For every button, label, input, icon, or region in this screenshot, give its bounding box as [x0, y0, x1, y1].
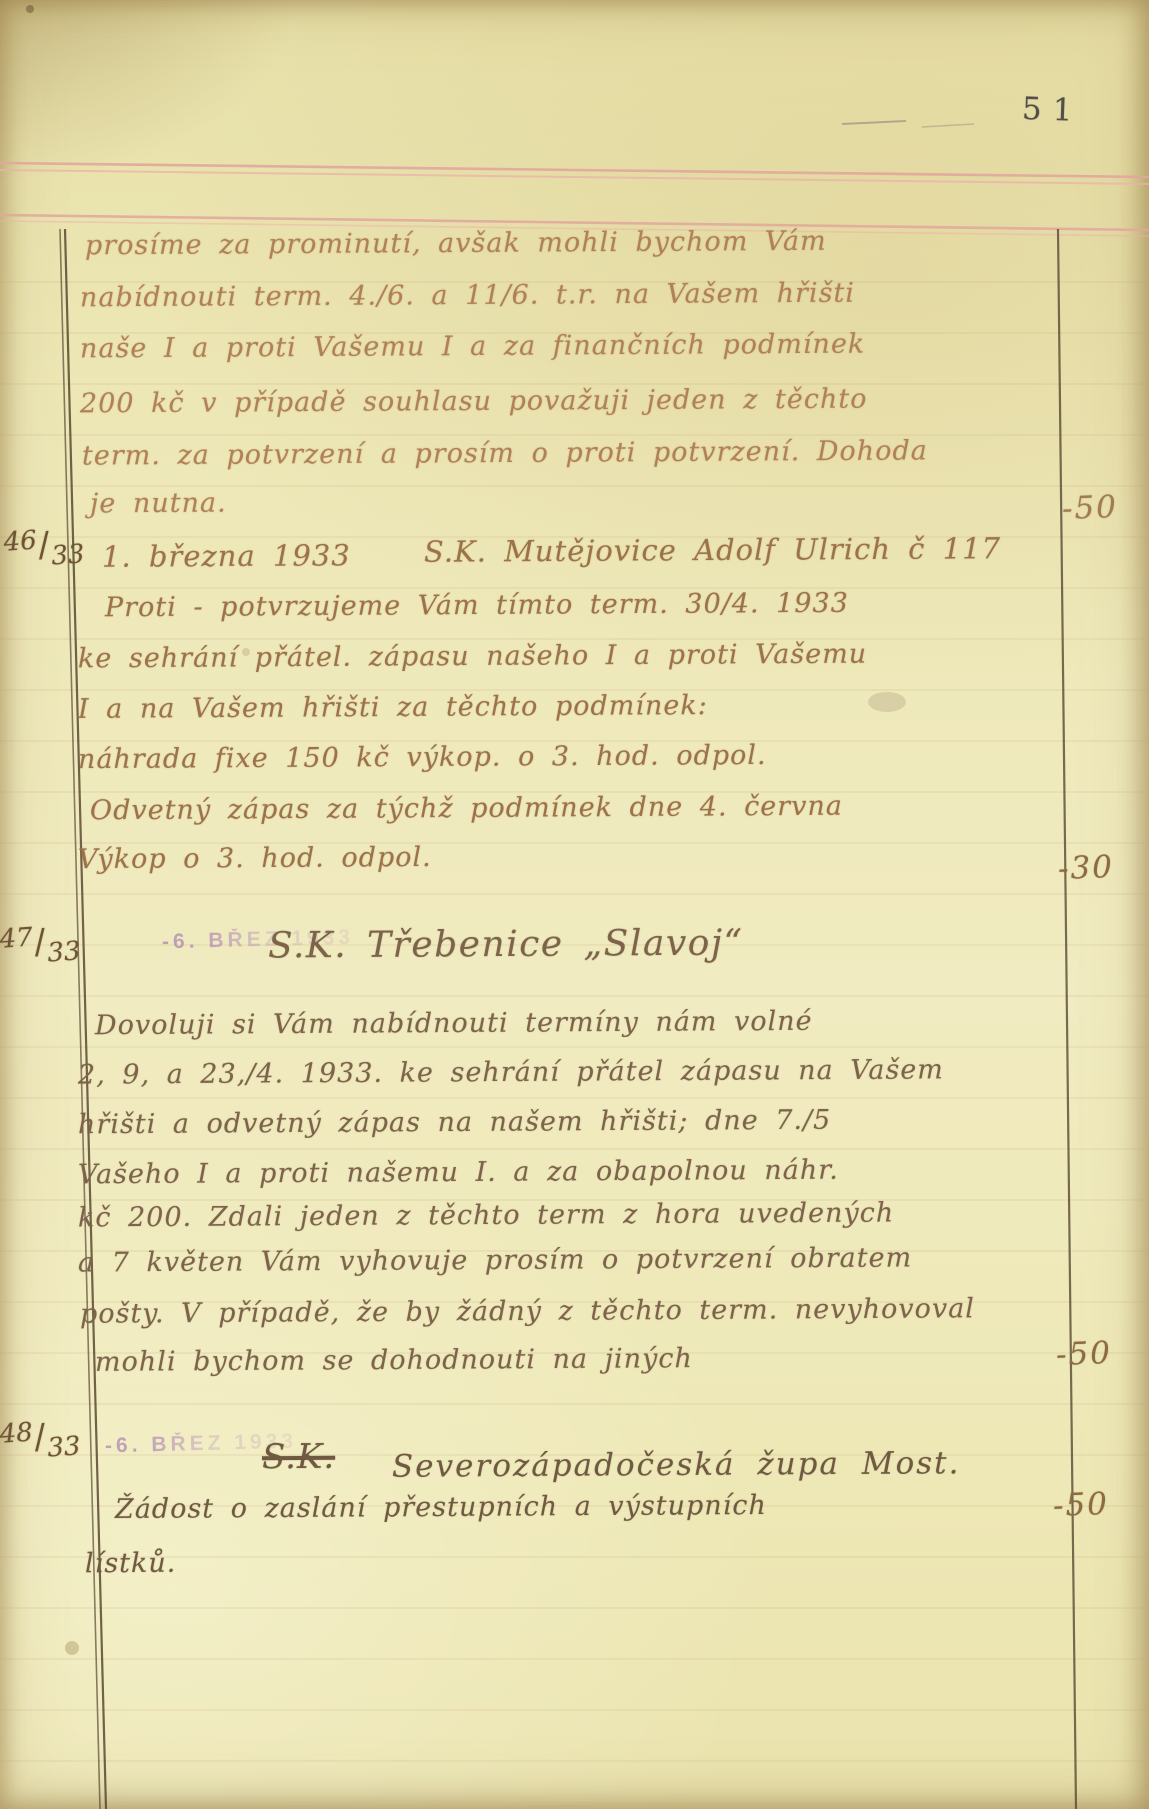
entry-number-slash: / [33, 1417, 47, 1458]
handwritten-line: Vašeho I a proti našemu I. a za obapolno… [78, 1155, 839, 1191]
handwritten-line: 200 kč v případě souhlasu považuji jeden… [80, 384, 868, 420]
ruled-lines-overlay [0, 0, 1149, 1809]
entry-number-bottom: 33 [46, 936, 81, 968]
fee-amount: -30 [1057, 849, 1114, 887]
handwritten-line: Výkop o 3. hod. odpol. [78, 842, 432, 875]
handwritten-line: naše I a proti Vašemu I a za finančních … [80, 329, 865, 365]
handwritten-line: Proti - potvrzujeme Vám tímto term. 30/4… [105, 588, 849, 624]
entry-title-struck: S.K. [262, 1438, 335, 1478]
handwritten-line: Žádost o zaslání přestupních a výstupníc… [115, 1490, 767, 1525]
handwritten-line: 2, 9, a 23,/4. 1933. ke sehrání přátel z… [78, 1054, 944, 1090]
entry-title: S.K. Mutějovice Adolf Ulrich č 117 [424, 532, 1001, 569]
ledger-page: 51 prosíme za prominutí, avšak mohli byc… [0, 0, 1149, 1809]
handwritten-line: prosíme za prominutí, avšak mohli bychom… [85, 226, 827, 262]
entry-number-slash: / [37, 525, 51, 566]
fee-amount: -50 [1052, 1486, 1109, 1524]
entry-number-top: 48 [0, 1418, 34, 1450]
handwritten-line: a 7 květen Vám vyhovuje prosím o potvrze… [78, 1242, 912, 1278]
handwritten-line: je nutna. [90, 488, 227, 520]
entry-number-slash: / [33, 922, 47, 963]
handwritten-line: nabídnouti term. 4./6. a 11/6. t.r. na V… [80, 278, 855, 314]
entry-number-bottom: 33 [50, 539, 85, 571]
handwritten-line: lístků. [85, 1548, 177, 1580]
page-number: 51 [1021, 91, 1084, 129]
entry-date: 1. března 1933 [102, 539, 351, 574]
handwritten-line: náhrada fixe 150 kč výkop. o 3. hod. odp… [78, 740, 767, 775]
handwritten-line: hřišti a odvetný zápas na našem hřišti; … [78, 1105, 832, 1141]
fee-amount: -50 [1061, 489, 1118, 527]
handwritten-line: Odvetný zápas za týchž podmínek dne 4. č… [90, 791, 843, 827]
handwritten-line: term. za potvrzení a prosím o proti potv… [82, 435, 928, 471]
entry-title: Severozápadočeská župa Most. [392, 1446, 961, 1485]
handwritten-line: I a na Vašem hřišti za těchto podmínek: [78, 690, 708, 725]
entry-number-bottom: 33 [46, 1431, 81, 1463]
entry-number: 47/33 [0, 919, 81, 964]
entry-number: 46/33 [3, 522, 85, 567]
entry-number-top: 46 [3, 526, 38, 558]
handwritten-line: ke sehrání přátel. zápasu našeho I a pro… [78, 639, 867, 675]
handwritten-line: pošty. V případě, že by žádný z těchto t… [80, 1293, 975, 1330]
handwritten-line: mohli bychom se dohodnouti na jiných [95, 1343, 693, 1378]
fee-amount: -50 [1055, 1335, 1112, 1373]
entry-number-top: 47 [0, 923, 34, 955]
entry-title: S.K. Třebenice „Slavoj“ [268, 923, 744, 967]
entry-number: 48/33 [0, 1414, 81, 1459]
handwritten-line: kč 200. Zdali jeden z těchto term z hora… [78, 1198, 894, 1234]
handwritten-line: Dovoluji si Vám nabídnouti termíny nám v… [95, 1006, 813, 1041]
